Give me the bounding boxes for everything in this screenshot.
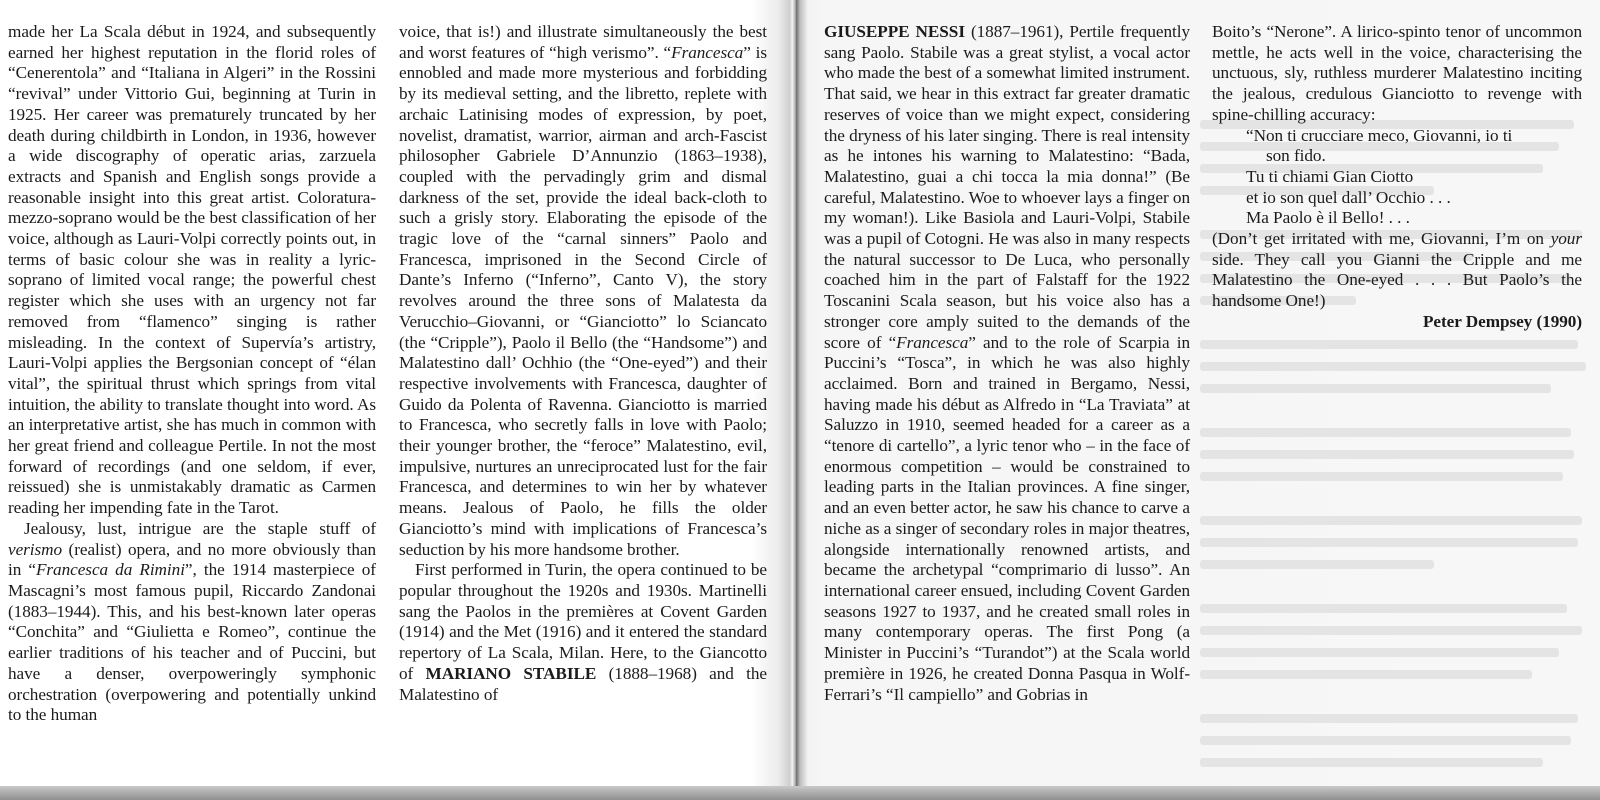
column-1: made her La Scala début in 1924, and sub… bbox=[8, 22, 376, 726]
body-text: ” is ennobled and made more mysterious a… bbox=[399, 43, 767, 559]
body-text: Jealousy, lust, intrigue are the staple … bbox=[24, 519, 376, 538]
translation-italic: your bbox=[1551, 229, 1582, 248]
body-text: made her La Scala début in 1924, and sub… bbox=[8, 22, 376, 517]
libretto-quote: “Non ti crucciare meco, Giovanni, io ti … bbox=[1246, 126, 1582, 230]
verse-line-1-cont: son fido. bbox=[1246, 146, 1582, 167]
bold-text: MARIANO STABILE bbox=[426, 664, 597, 683]
column-3: GIUSEPPE NESSI (1887–1961), Pertile freq… bbox=[824, 22, 1190, 705]
paragraph: made her La Scala début in 1924, and sub… bbox=[8, 22, 376, 519]
verse-line-3: et io son quel dall’ Occhio . . . bbox=[1246, 188, 1582, 209]
paragraph: Jealousy, lust, intrigue are the staple … bbox=[8, 519, 376, 726]
body-text: (1887–1961), Pertile frequently sang Pao… bbox=[824, 22, 1190, 352]
column-2: voice, that is!) and illustrate simultan… bbox=[399, 22, 767, 705]
translation-before: (Don’t get irritated with me, Giovanni, … bbox=[1212, 229, 1551, 248]
verse-line-1: “Non ti crucciare meco, Giovanni, io ti bbox=[1246, 126, 1582, 147]
italic-text: Francesca bbox=[896, 333, 968, 352]
paragraph: First performed in Turin, the opera cont… bbox=[399, 560, 767, 705]
paragraph: GIUSEPPE NESSI (1887–1961), Pertile freq… bbox=[824, 22, 1190, 705]
translation: (Don’t get irritated with me, Giovanni, … bbox=[1212, 229, 1582, 312]
page-bottom-edge bbox=[0, 786, 1600, 800]
paragraph: voice, that is!) and illustrate simultan… bbox=[399, 22, 767, 560]
bold-text: GIUSEPPE NESSI bbox=[824, 22, 965, 41]
left-page: made her La Scala début in 1924, and sub… bbox=[0, 0, 790, 786]
translation-after: side. They call you Gianni the Cripple a… bbox=[1212, 250, 1582, 310]
column-4-intro: Boito’s “Nerone”. A lirico-spinto tenor … bbox=[1212, 22, 1582, 126]
column-4: Boito’s “Nerone”. A lirico-spinto tenor … bbox=[1212, 22, 1582, 333]
body-text: ”, the 1914 masterpiece of Mascagni’s mo… bbox=[8, 560, 376, 724]
italic-text: Francesca da Rimini bbox=[36, 560, 185, 579]
body-text: ” and to the role of Scarpia in Puccini’… bbox=[824, 333, 1190, 704]
italic-text: verismo bbox=[8, 540, 62, 559]
author-credit: Peter Dempsey (1990) bbox=[1212, 312, 1582, 333]
verse-line-4: Ma Paolo è il Bello! . . . bbox=[1246, 208, 1582, 229]
italic-text: Francesca bbox=[671, 43, 743, 62]
verse-line-2: Tu ti chiami Gian Ciotto bbox=[1246, 167, 1582, 188]
